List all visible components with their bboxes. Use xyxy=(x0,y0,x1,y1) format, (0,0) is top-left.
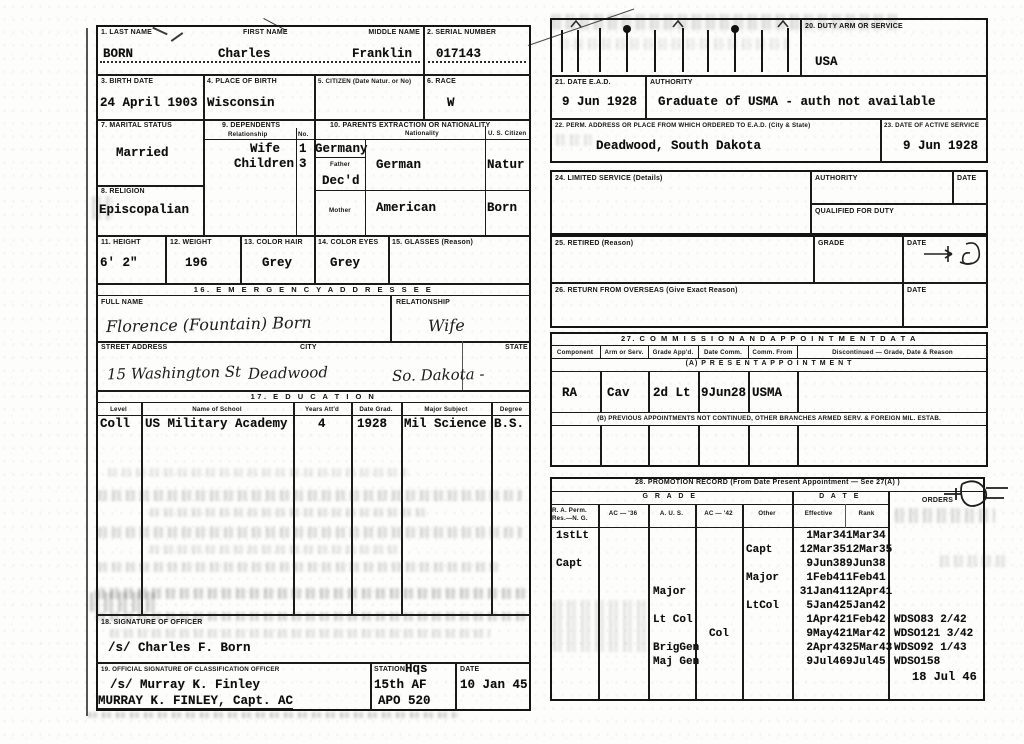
smudge xyxy=(556,134,592,146)
present-appointment-label: (A) P R E S E N T A P P O I N T M E N T xyxy=(550,360,988,367)
marital-status-value: Married xyxy=(116,146,169,160)
rule xyxy=(550,425,988,426)
mother-nationality: American xyxy=(376,201,436,215)
divider xyxy=(600,345,601,358)
cell-rank: 1Mar42 xyxy=(846,628,892,640)
first-name-value: Charles xyxy=(218,47,271,61)
cell-aus: BrigGen xyxy=(648,642,695,654)
height-value: 6' 2" xyxy=(100,256,138,270)
weight-label: 12. WEIGHT xyxy=(170,239,212,246)
ph-col6: Effective xyxy=(792,510,845,517)
smudge xyxy=(96,588,528,599)
cell-other: Major xyxy=(742,572,792,584)
education-title: 17. E D U C A T I O N xyxy=(96,392,531,401)
smudge xyxy=(150,508,430,517)
state-handwriting: So. Dakota - xyxy=(392,365,485,385)
cell-orders: WDSO83 2/42 xyxy=(892,614,985,626)
rule xyxy=(550,282,988,284)
cell-rank: 12Apr41 xyxy=(846,586,892,598)
promotion-row: Maj Gen9Jul469Jul45WDSO158 xyxy=(550,656,985,670)
color-eyes-label: 14. COLOR EYES xyxy=(318,239,378,246)
previous-appointments-label: (B) PREVIOUS APPOINTMENTS NOT CONTINUED,… xyxy=(550,415,988,422)
divider xyxy=(748,371,750,412)
perm-address-label: 22. PERM. ADDRESS OR PLACE FROM WHICH OR… xyxy=(555,122,810,129)
edu-subject: Mil Science xyxy=(404,417,487,431)
serial-number-value: 017143 xyxy=(436,47,481,61)
cell-ac42: Col xyxy=(695,628,742,640)
place-of-birth-value: Wisconsin xyxy=(207,96,275,110)
station-line1: Hqs xyxy=(405,662,428,676)
authority-label: AUTHORITY xyxy=(650,79,693,86)
divider xyxy=(314,235,316,283)
parents-label: 10. PARENTS EXTRACTION OR NATIONALITY xyxy=(330,122,490,129)
divider xyxy=(240,235,242,283)
scan-edge-line xyxy=(86,28,88,716)
promotion-row: Major31Jan4112Apr41 xyxy=(550,586,985,600)
active-service-label: 23. DATE OF ACTIVE SERVICE xyxy=(884,122,979,129)
rule xyxy=(550,371,988,372)
divider xyxy=(952,170,954,203)
no-col-label: No. xyxy=(298,131,309,138)
c-header-datecomm: Date Comm. xyxy=(698,349,748,356)
smudge xyxy=(98,527,523,538)
height-label: 11. HEIGHT xyxy=(101,239,141,246)
divider xyxy=(880,118,882,163)
cell-orders: WDSO121 3/42 xyxy=(892,628,985,640)
ph-col2: AC — '36 xyxy=(598,510,648,517)
retired-label: 25. RETIRED (Reason) xyxy=(555,240,633,247)
commission-datecomm: 9Jun28 xyxy=(701,386,746,400)
divider xyxy=(388,235,390,283)
divider xyxy=(645,75,647,118)
smudge xyxy=(553,600,648,652)
city-handwriting: Deadwood xyxy=(248,363,328,383)
street-address-label: STREET ADDRESS xyxy=(101,344,167,351)
place-of-birth-label: 4. PLACE OF BIRTH xyxy=(207,78,277,85)
city-label: CITY xyxy=(300,344,317,351)
scanned-personnel-form: 1. LAST NAME FIRST NAME MIDDLE NAME 2. S… xyxy=(0,0,1024,744)
divider xyxy=(485,126,486,235)
rule xyxy=(96,185,203,187)
edu-grad: 1928 xyxy=(357,417,387,431)
divider xyxy=(797,425,799,467)
color-hair-label: 13. COLOR HAIR xyxy=(244,239,303,246)
race-value: W xyxy=(447,96,455,110)
ph-col1b: Res.—N. G. xyxy=(552,515,588,522)
dependent-2-no: 3 xyxy=(299,157,307,171)
divider xyxy=(390,295,392,341)
rule xyxy=(550,504,888,505)
smudge xyxy=(90,592,155,612)
divider xyxy=(845,504,846,528)
divider xyxy=(797,345,798,358)
cell-ra: Capt xyxy=(550,558,598,570)
promotion-row: Major1Feb411Feb41 xyxy=(550,572,985,586)
smudge xyxy=(98,490,523,501)
cell-rank: 1Feb42 xyxy=(846,614,892,626)
signature-officer-value: /s/ Charles F. Born xyxy=(108,641,251,655)
c-header-arm: Arm or Serv. xyxy=(600,349,648,356)
authority-label-24: AUTHORITY xyxy=(815,175,858,182)
dotted-leader xyxy=(100,61,420,63)
birth-date-value: 24 April 1903 xyxy=(100,96,198,110)
commission-arm: Cav xyxy=(607,386,630,400)
middle-name-label: MIDDLE NAME xyxy=(340,29,420,36)
station-line2: 15th AF xyxy=(374,678,427,692)
rule xyxy=(96,662,531,664)
promotion-row: Capt9Jun389Jun38 xyxy=(550,558,985,572)
rule xyxy=(550,118,988,120)
cell-effective: 9May42 xyxy=(792,628,846,640)
cell-effective: 9Jul46 xyxy=(792,656,846,668)
cell-other: LtCol xyxy=(742,600,792,612)
classification-sig: /s/ Murray K. Finley xyxy=(110,678,260,692)
rule xyxy=(314,190,531,191)
first-name-label: FIRST NAME xyxy=(243,29,288,36)
smudge xyxy=(88,712,458,718)
citizen-label: 5. CITIZEN (Date Natur. or No) xyxy=(318,78,411,85)
cell-rank: 1Mar34 xyxy=(846,530,892,542)
divider xyxy=(648,425,650,467)
pen-doodle-icon xyxy=(942,476,1014,512)
cell-effective: 12Mar35 xyxy=(792,544,846,556)
parents-country: Germany xyxy=(315,142,368,156)
edu-header-years: Years Att'd xyxy=(293,406,351,413)
duty-arm-label: 20. DUTY ARM OR SERVICE xyxy=(805,23,903,30)
smudge xyxy=(150,545,400,554)
cell-effective: 9Jun38 xyxy=(792,558,846,570)
perm-address-value: Deadwood, South Dakota xyxy=(596,139,761,153)
cell-effective: 1Feb41 xyxy=(792,572,846,584)
cell-effective: 5Jan42 xyxy=(792,600,846,612)
father-nationality: German xyxy=(376,158,421,172)
promotion-row: Capt12Mar3512Mar35 xyxy=(550,544,985,558)
state-label: STATE xyxy=(505,344,528,351)
father-note: Dec'd xyxy=(322,174,360,188)
c-header-component: Component xyxy=(550,349,600,356)
edu-degree: B.S. xyxy=(494,417,524,431)
divider xyxy=(748,345,749,358)
index-tick-marks xyxy=(550,18,800,75)
c-header-grade: Grade App'd. xyxy=(648,349,698,356)
divider xyxy=(698,371,700,412)
divider xyxy=(902,235,904,328)
cell-aus: Lt Col xyxy=(648,614,695,626)
cell-rank: 9Jul45 xyxy=(846,656,892,668)
divider xyxy=(491,402,493,614)
promotion-footnote-date: 18 Jul 46 xyxy=(912,670,977,684)
ph-col4: AC — '42 xyxy=(695,510,742,517)
smudge xyxy=(98,562,498,572)
cell-orders: WDSO92 1/43 xyxy=(892,642,985,654)
limited-service-label: 24. LIMITED SERVICE (Details) xyxy=(555,175,663,182)
smudge xyxy=(108,468,408,477)
divider xyxy=(365,140,366,235)
edu-header-degree: Degree xyxy=(491,406,531,413)
divider xyxy=(698,425,700,467)
dependent-2-rel: Children xyxy=(234,157,294,171)
rule xyxy=(810,203,988,205)
race-label: 6. RACE xyxy=(427,78,456,85)
divider xyxy=(600,425,602,467)
divider xyxy=(648,371,650,412)
ph-col3: A. U. S. xyxy=(648,510,695,517)
overseas-label: 26. RETURN FROM OVERSEAS (Give Exact Rea… xyxy=(555,287,738,294)
relationship-col-label: Relationship xyxy=(228,131,268,138)
grade-header: G R A D E xyxy=(550,493,790,500)
color-hair-value: Grey xyxy=(262,256,292,270)
glasses-label: 15. GLASSES (Reason) xyxy=(392,239,473,246)
emergency-relationship-handwriting: Wife xyxy=(428,316,465,336)
rule xyxy=(203,139,531,140)
divider xyxy=(797,371,799,412)
divider xyxy=(203,74,205,235)
pen-doodle-icon xyxy=(922,238,984,268)
cell-rank: 1Feb41 xyxy=(846,572,892,584)
grade-label-25: GRADE xyxy=(818,240,844,247)
street-handwriting: 15 Washington St xyxy=(107,363,241,384)
cell-aus: Major xyxy=(648,586,695,598)
mother-citizen: Born xyxy=(487,201,517,215)
religion-value: Episcopalian xyxy=(99,203,189,217)
dependent-1-no: 1 xyxy=(299,142,307,156)
cell-rank: 12Mar35 xyxy=(846,544,892,556)
qualified-label: QUALIFIED FOR DUTY xyxy=(815,208,894,215)
active-service-value: 9 Jun 1928 xyxy=(903,139,978,153)
authority-value: Graduate of USMA - auth not available xyxy=(658,95,936,109)
duty-arm-value: USA xyxy=(815,55,838,69)
commission-title: 27. C O M M I S S I O N A N D A P P O I … xyxy=(550,334,988,343)
smudge xyxy=(92,196,112,220)
serial-number-label: 2. SERIAL NUMBER xyxy=(427,29,496,36)
divider xyxy=(800,18,802,75)
c-header-commfrom: Comm. From xyxy=(748,349,797,356)
smudge xyxy=(895,508,995,523)
smudge xyxy=(940,555,1010,567)
father-label: Father xyxy=(330,161,350,168)
station-line3: APO 520 xyxy=(378,694,431,708)
rule xyxy=(550,527,888,528)
edu-school: US Military Academy xyxy=(145,417,288,431)
rule xyxy=(550,345,988,346)
ph-col7: Rank xyxy=(845,510,888,517)
commission-component: RA xyxy=(562,386,577,400)
commission-grade: 2d Lt xyxy=(653,386,691,400)
edu-level: Coll xyxy=(100,417,130,431)
weight-value: 196 xyxy=(185,256,208,270)
rule xyxy=(314,157,365,158)
citizen-col-label: U. S. Citizen xyxy=(488,130,526,137)
date-label-24: DATE xyxy=(957,175,976,182)
relationship-label: RELATIONSHIP xyxy=(396,299,450,306)
divider xyxy=(455,662,457,711)
rule xyxy=(550,412,988,413)
divider xyxy=(813,235,815,282)
rule xyxy=(96,295,531,296)
religion-label: 8. RELIGION xyxy=(101,188,145,195)
divider xyxy=(648,345,649,358)
signature-officer-label: 18. SIGNATURE OF OFFICER xyxy=(101,619,203,626)
cell-effective: 2Apr43 xyxy=(792,642,846,654)
rule xyxy=(550,75,988,77)
cell-rank: 5Jan42 xyxy=(846,600,892,612)
date-label-19: DATE xyxy=(460,666,479,673)
full-name-label: FULL NAME xyxy=(101,299,143,306)
mother-label: Mother xyxy=(329,207,351,214)
classification-officer-label: 19. OFFICIAL SIGNATURE OF CLASSIFICATION… xyxy=(101,666,279,673)
classification-name: MURRAY K. FINLEY, Capt. AC xyxy=(98,694,293,709)
last-name-value: BORN xyxy=(103,47,133,61)
divider xyxy=(748,425,750,467)
cell-effective: 31Jan41 xyxy=(792,586,846,598)
cell-rank: 9Jun38 xyxy=(846,558,892,570)
promotion-row: 1stLt1Mar341Mar34 xyxy=(550,530,985,544)
edu-header-school: Name of School xyxy=(141,406,293,413)
divider xyxy=(370,662,372,711)
rule xyxy=(96,341,531,343)
divider xyxy=(600,371,602,412)
cell-ra: 1stLt xyxy=(550,530,598,542)
smudge xyxy=(110,629,490,638)
birth-date-label: 3. BIRTH DATE xyxy=(101,78,153,85)
cell-aus: Maj Gen xyxy=(648,656,695,668)
color-eyes-value: Grey xyxy=(330,256,360,270)
rule xyxy=(96,402,531,403)
date-ead-label: 21. DATE E.A.D. xyxy=(555,79,611,86)
edu-header-level: Level xyxy=(96,406,141,413)
rule xyxy=(96,119,531,121)
cell-rank: 25Mar43 xyxy=(846,642,892,654)
ph-col5: Other xyxy=(742,510,792,517)
dependent-1-rel: Wife xyxy=(250,142,280,156)
divider xyxy=(296,128,297,235)
emergency-title: 16. E M E R G E N C Y A D D R E S S E E xyxy=(96,285,531,294)
date-value-19: 10 Jan 45 xyxy=(460,678,528,692)
dotted-leader xyxy=(428,61,526,63)
cell-other: Capt xyxy=(742,544,792,556)
c-header-discontinued: Discontinued — Grade, Date & Reason xyxy=(797,349,988,356)
station-label: STATION xyxy=(374,666,405,673)
marital-status-label: 7. MARITAL STATUS xyxy=(101,122,172,129)
date-header: D A T E xyxy=(792,493,888,500)
cell-orders: WDSO158 xyxy=(892,656,985,668)
edu-header-grad: Date Grad. xyxy=(351,406,401,413)
cell-effective: 1Mar34 xyxy=(792,530,846,542)
divider xyxy=(141,402,143,614)
cell-effective: 1Apr42 xyxy=(792,614,846,626)
edu-header-subject: Major Subject xyxy=(401,406,491,413)
middle-name-value: Franklin xyxy=(352,47,412,61)
father-citizen: Natur xyxy=(487,158,525,172)
promotion-title: 28. PROMOTION RECORD (From Date Present … xyxy=(550,479,985,486)
divider xyxy=(423,25,425,119)
date-label-26: DATE xyxy=(907,287,926,294)
divider xyxy=(698,345,699,358)
last-name-label: 1. LAST NAME xyxy=(101,29,152,36)
edu-years: 4 xyxy=(318,417,326,431)
ph-col1: R. A. Perm. xyxy=(552,507,587,514)
commission-from: USMA xyxy=(752,386,782,400)
dependents-label: 9. DEPENDENTS xyxy=(222,122,280,129)
date-ead-value: 9 Jun 1928 xyxy=(562,95,637,109)
divider xyxy=(165,235,167,283)
nationality-col-label: Nationality xyxy=(405,130,439,137)
